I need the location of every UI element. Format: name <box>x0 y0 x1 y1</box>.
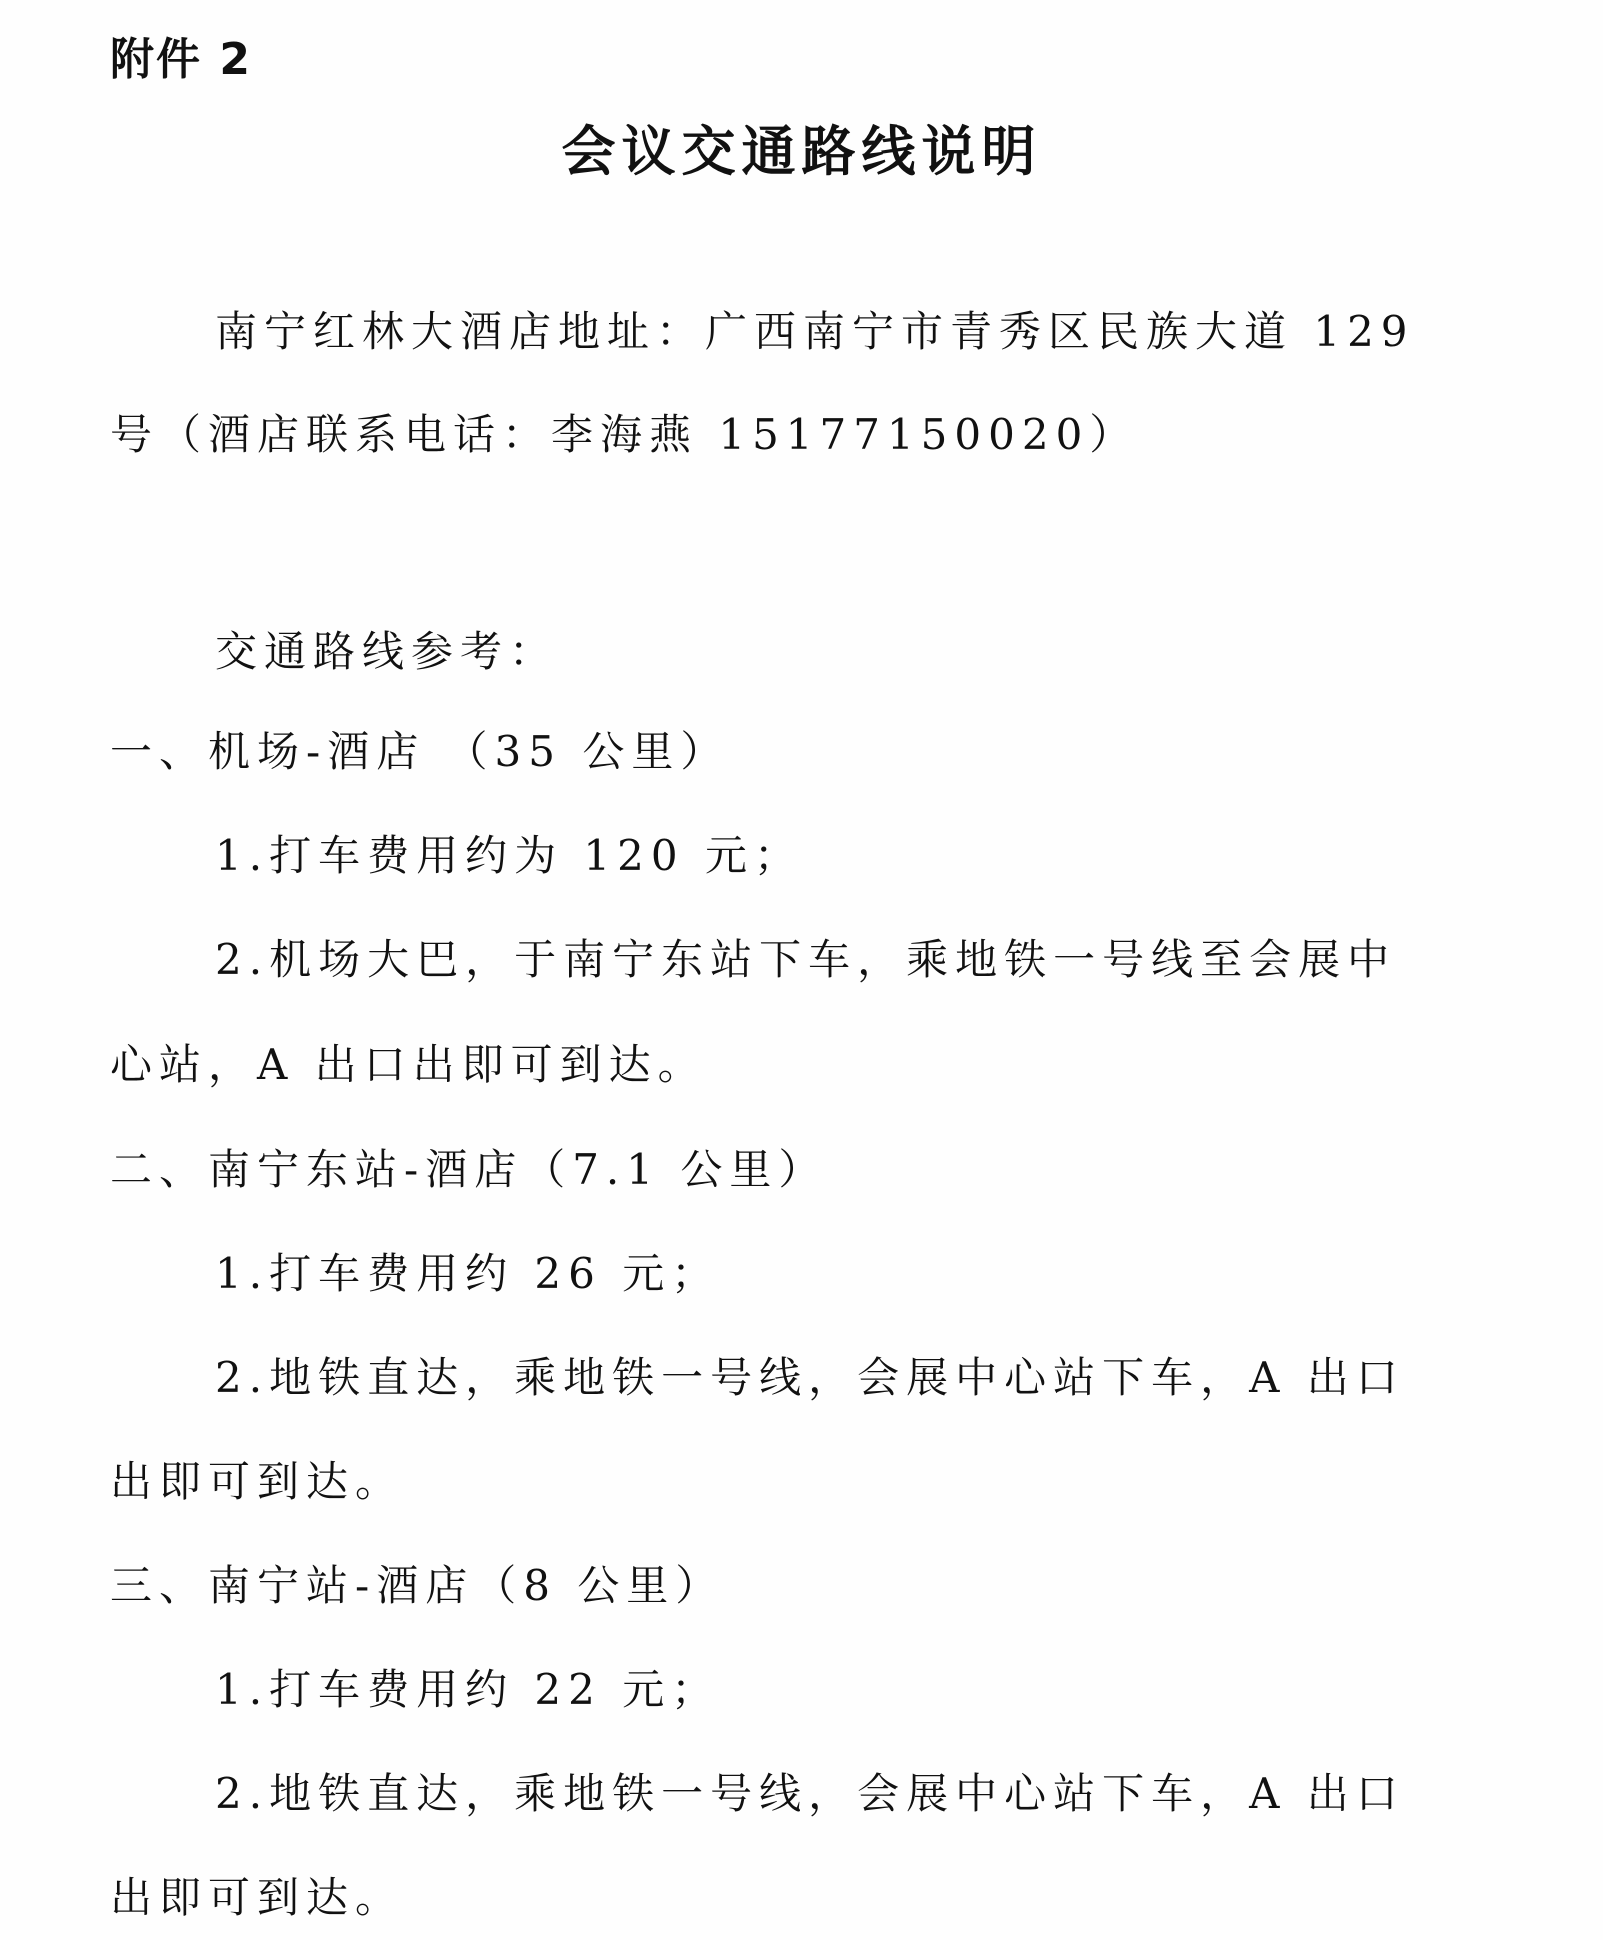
route-item: 2.机场大巴，于南宁东站下车，乘地铁一号线至会展中 <box>215 930 1603 990</box>
route-heading-east-station: 二、南宁东站-酒店（7.1 公里） <box>110 1140 1510 1200</box>
route-heading-airport: 一、机场-酒店 （35 公里） <box>110 722 1510 782</box>
route-item: 1.打车费用约为 120 元； <box>215 826 1603 886</box>
route-item: 1.打车费用约 22 元； <box>215 1660 1603 1720</box>
hotel-address-line-2: 号（酒店联系电话：李海燕 15177150020） <box>110 405 1510 465</box>
route-heading-nanning-station: 三、南宁站-酒店（8 公里） <box>110 1556 1510 1616</box>
page-title: 会议交通路线说明 <box>0 112 1603 192</box>
route-item-continuation: 心站，A 出口出即可到达。 <box>110 1035 1510 1095</box>
hotel-address-line-1: 南宁红林大酒店地址：广西南宁市青秀区民族大道 129 <box>215 302 1603 362</box>
route-item: 2.地铁直达，乘地铁一号线，会展中心站下车，A 出口 <box>215 1764 1603 1824</box>
route-item-continuation: 出即可到达。 <box>110 1868 1510 1928</box>
route-item: 1.打车费用约 26 元； <box>215 1244 1603 1304</box>
document-page: 附件 2 会议交通路线说明 南宁红林大酒店地址：广西南宁市青秀区民族大道 129… <box>0 0 1603 1940</box>
route-item-continuation: 出即可到达。 <box>110 1452 1510 1512</box>
routes-heading: 交通路线参考： <box>215 622 1603 682</box>
route-item: 2.地铁直达，乘地铁一号线，会展中心站下车，A 出口 <box>215 1348 1603 1408</box>
attachment-label: 附件 2 <box>110 28 252 92</box>
